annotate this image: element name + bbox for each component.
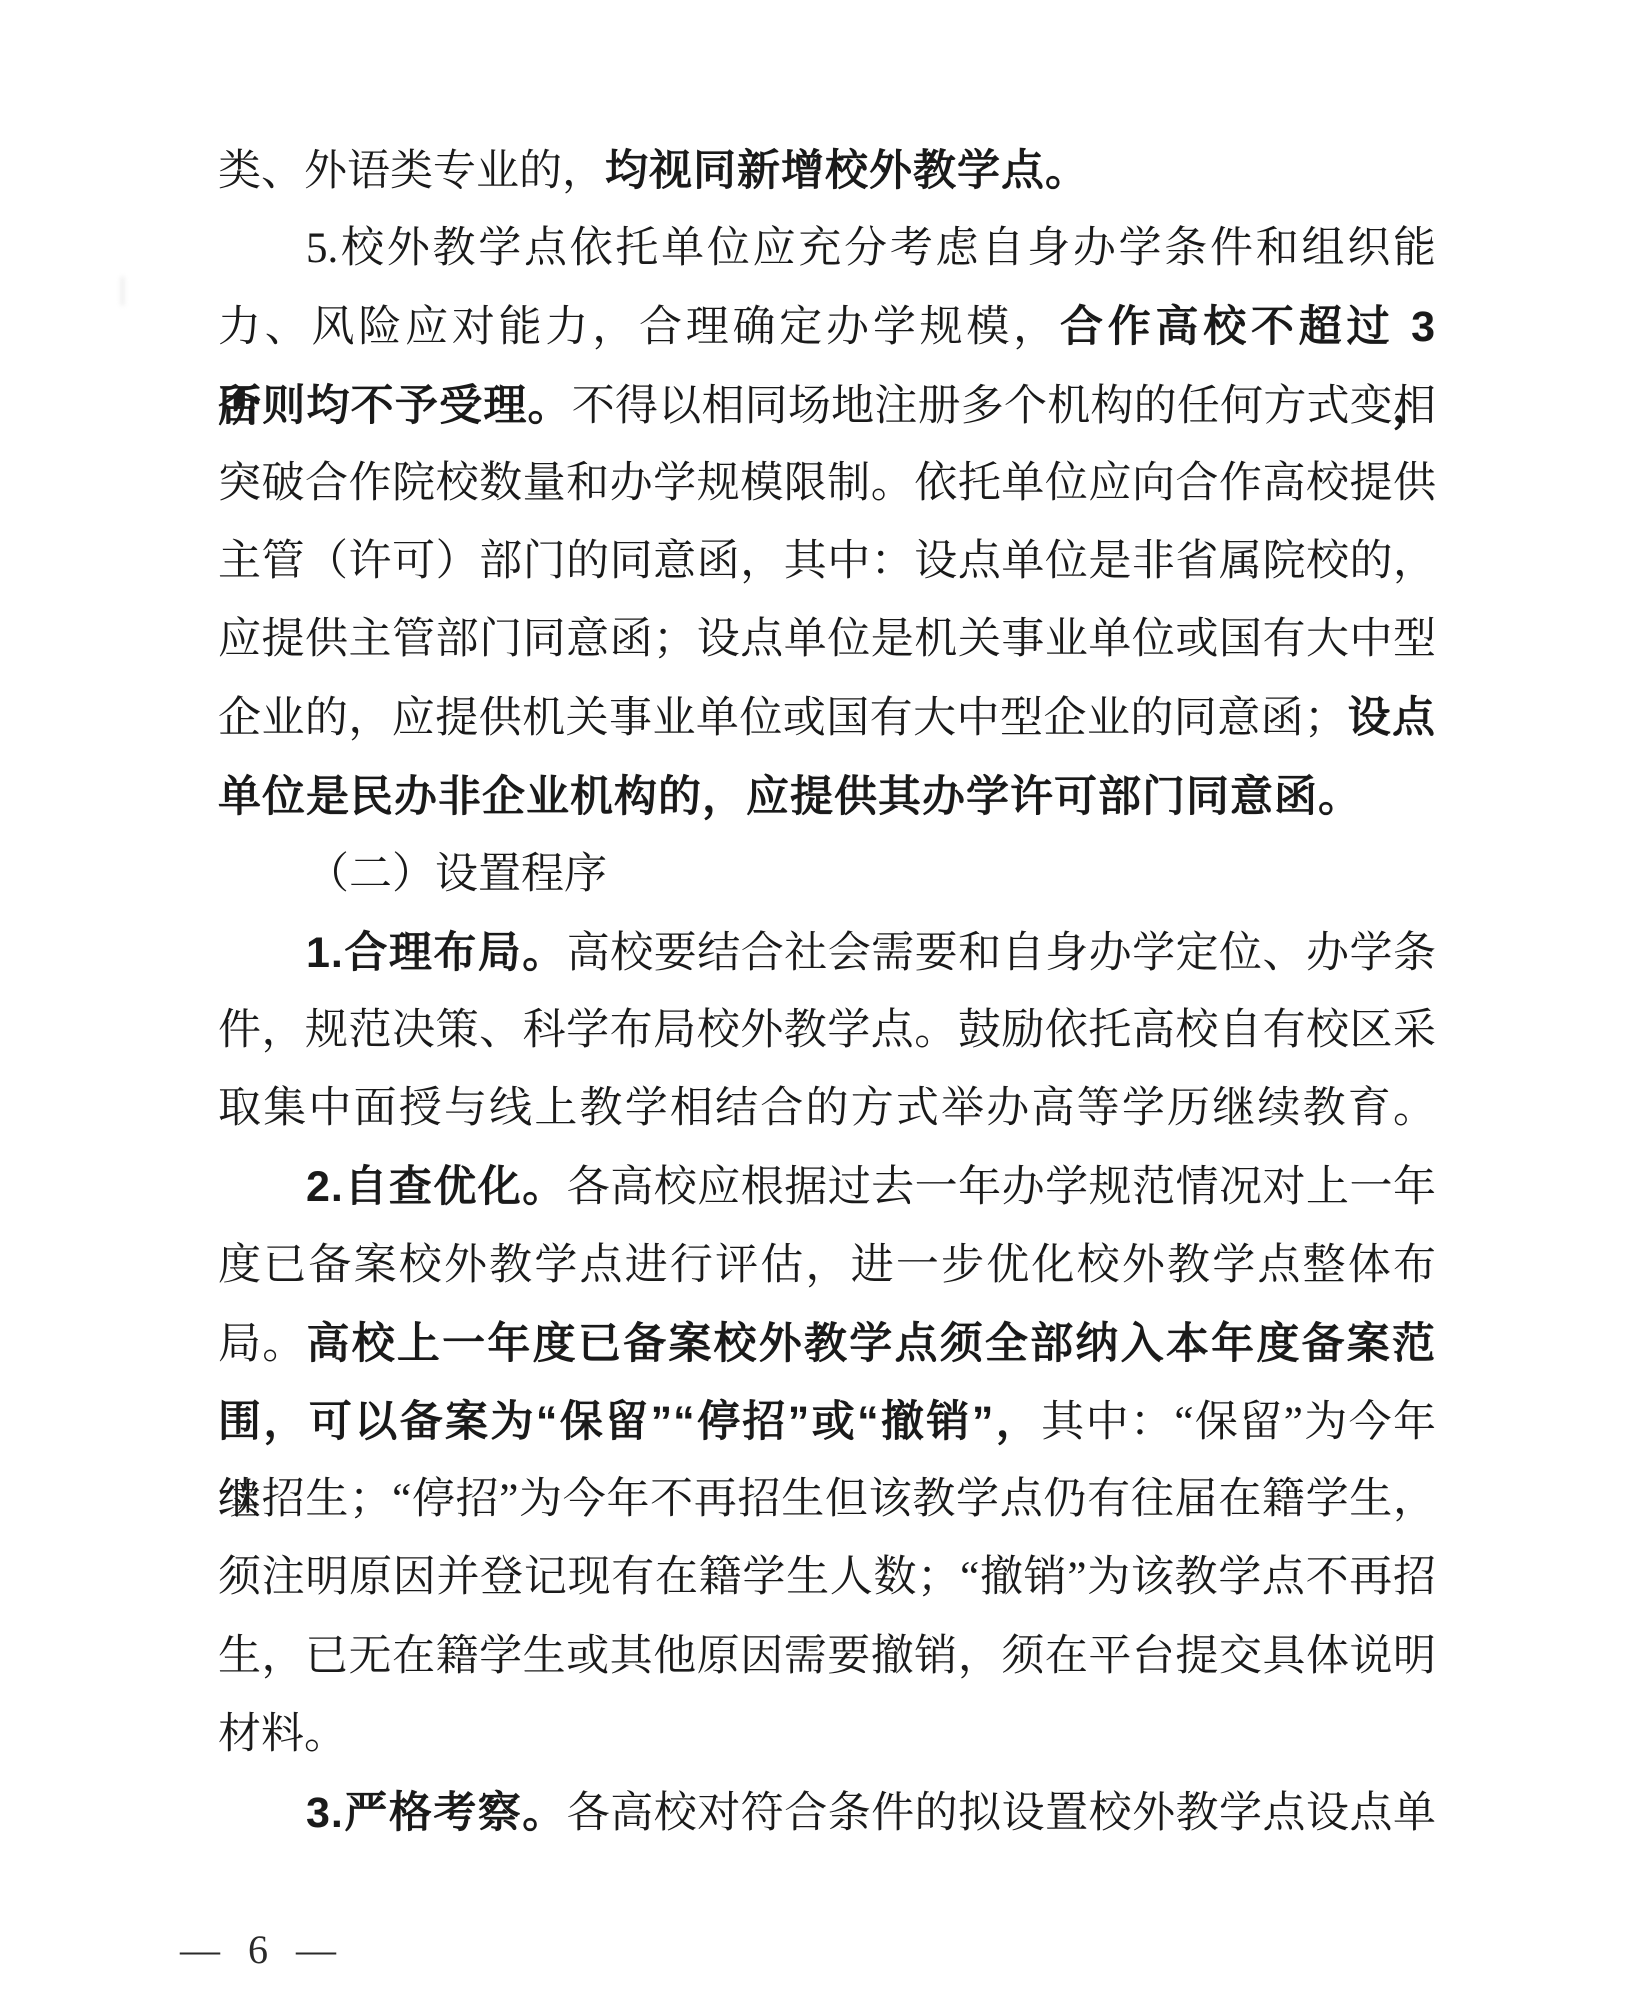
bold-text-segment: 单位是民办非企业机构的，应提供其办学许可部门同意函。 — [218, 773, 1362, 821]
bold-text-segment: 3.严格考察。 — [306, 1789, 567, 1837]
text-segment: 主管（许可）部门的同意函，其中：设点单位是非省属院校的， — [218, 538, 1436, 585]
text-line: 类、外语类专业的，均视同新增校外教学点。 — [218, 132, 1436, 210]
text-segment: 突破合作院校数量和办学规模限制。依托单位应向合作高校提供 — [218, 460, 1436, 507]
text-line: 力、风险应对能力，合理确定办学规模，合作高校不超过 3 所， — [218, 288, 1436, 366]
text-line: 2.自查优化。各高校应根据过去一年办学规范情况对上一年 — [218, 1148, 1436, 1226]
text-line: 5.校外教学点依托单位应充分考虑自身办学条件和组织能 — [218, 210, 1436, 288]
text-segment: 须注明原因并登记现有在籍学生人数；“撤销”为该教学点不再招 — [218, 1554, 1436, 1601]
text-segment: 各高校对符合条件的拟设置校外教学点设点单 — [567, 1790, 1436, 1837]
page-number-text: — 6 — — [180, 1927, 345, 1972]
text-segment: 生，已无在籍学生或其他原因需要撤销，须在平台提交具体说明 — [218, 1633, 1436, 1680]
text-line: 件，规范决策、科学布局校外教学点。鼓励依托高校自有校区采 — [218, 992, 1436, 1070]
text-line: 须注明原因并登记现有在籍学生人数；“撤销”为该教学点不再招 — [218, 1539, 1436, 1617]
text-segment: 局。 — [218, 1321, 306, 1368]
bold-text-segment: 1.合理布局。 — [306, 929, 567, 977]
bold-text-segment: 均视同新增校外教学点。 — [605, 147, 1089, 195]
text-line: 取集中面授与线上教学相结合的方式举办高等学历继续教育。 — [218, 1070, 1436, 1148]
text-segment: 件，规范决策、科学布局校外教学点。鼓励依托高校自有校区采 — [218, 1007, 1436, 1054]
text-segment: 力、风险应对能力，合理确定办学规模， — [218, 304, 1060, 351]
text-line: 应提供主管部门同意函；设点单位是机关事业单位或国有大中型 — [218, 601, 1436, 679]
text-line: 围，可以备案为“保留”“停招”或“撤销”，其中：“保留”为今年继 — [218, 1383, 1436, 1461]
text-segment: 度已备案校外教学点进行评估，进一步优化校外教学点整体布 — [218, 1242, 1436, 1289]
bold-text-segment: 否则均不予受理。 — [218, 382, 572, 430]
text-line: 续招生；“停招”为今年不再招生但该教学点仍有往届在籍学生， — [218, 1461, 1436, 1539]
document-page: 类、外语类专业的，均视同新增校外教学点。5.校外教学点依托单位应充分考虑自身办学… — [0, 0, 1650, 2010]
text-segment: 高校要结合社会需要和自身办学定位、办学条 — [567, 930, 1436, 977]
text-segment: 续招生；“停招”为今年不再招生但该教学点仍有往届在籍学生， — [218, 1476, 1436, 1523]
text-segment: 材料。 — [218, 1711, 347, 1758]
bold-text-segment: 2.自查优化。 — [306, 1163, 567, 1211]
text-line: 单位是民办非企业机构的，应提供其办学许可部门同意函。 — [218, 758, 1436, 836]
bold-text-segment: 围，可以备案为“保留”“停招”或“撤销”， — [218, 1398, 1041, 1446]
text-segment: 各高校应根据过去一年办学规范情况对上一年 — [567, 1164, 1436, 1211]
text-line: 否则均不予受理。不得以相同场地注册多个机构的任何方式变相 — [218, 367, 1436, 445]
bold-text-segment: 高校上一年度已备案校外教学点须全部纳入本年度备案范 — [306, 1320, 1436, 1368]
text-segment: 5.校外教学点依托单位应充分考虑自身办学条件和组织能 — [306, 225, 1436, 272]
text-segment: 类、外语类专业的， — [218, 148, 605, 195]
text-line: （二）设置程序 — [218, 836, 1436, 914]
text-line: 生，已无在籍学生或其他原因需要撤销，须在平台提交具体说明 — [218, 1618, 1436, 1696]
text-line: 3.严格考察。各高校对符合条件的拟设置校外教学点设点单 — [218, 1774, 1436, 1852]
text-line: 主管（许可）部门的同意函，其中：设点单位是非省属院校的， — [218, 523, 1436, 601]
text-segment: （二）设置程序 — [306, 851, 607, 898]
text-line: 度已备案校外教学点进行评估，进一步优化校外教学点整体布 — [218, 1227, 1436, 1305]
text-segment: 应提供主管部门同意函；设点单位是机关事业单位或国有大中型 — [218, 616, 1436, 663]
text-line: 局。高校上一年度已备案校外教学点须全部纳入本年度备案范 — [218, 1305, 1436, 1383]
scan-artifact — [120, 276, 125, 306]
document-body: 类、外语类专业的，均视同新增校外教学点。5.校外教学点依托单位应充分考虑自身办学… — [218, 132, 1436, 1852]
page-number: — 6 — — [180, 1920, 345, 1980]
text-line: 突破合作院校数量和办学规模限制。依托单位应向合作高校提供 — [218, 445, 1436, 523]
bold-text-segment: 设点 — [1347, 694, 1436, 742]
text-line: 1.合理布局。高校要结合社会需要和自身办学定位、办学条 — [218, 914, 1436, 992]
text-segment: 取集中面授与线上教学相结合的方式举办高等学历继续教育。 — [218, 1085, 1436, 1132]
text-segment: 不得以相同场地注册多个机构的任何方式变相 — [572, 383, 1436, 430]
text-line: 企业的，应提供机关事业单位或国有大中型企业的同意函；设点 — [218, 679, 1436, 757]
text-line: 材料。 — [218, 1696, 1436, 1774]
text-segment: 企业的，应提供机关事业单位或国有大中型企业的同意函； — [218, 695, 1347, 742]
